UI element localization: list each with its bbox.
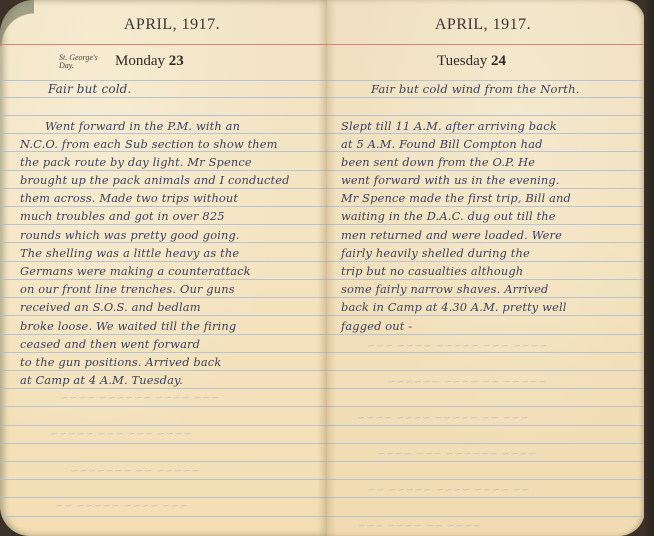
diary-spread: APRIL, 1917. St. George's Day. Monday 23: [0, 0, 654, 536]
entry-line: some fairly narrow shaves. Arrived: [341, 282, 548, 296]
entry-line: trip but no casualties although: [341, 264, 523, 278]
entry-line: on our front line trenches. Our guns: [20, 282, 235, 296]
month-header-left: APRIL, 1917.: [0, 16, 330, 34]
day-name: Monday: [115, 53, 165, 69]
entry-line: them across. Made two trips without: [20, 191, 238, 205]
entry-line: at 5 A.M. Found Bill Compton had: [341, 137, 543, 151]
entry-line: ceased and then went forward: [20, 337, 200, 351]
bleed-through-text: ~~~ ~~~~ ~~~~~ ~~: [55, 500, 188, 512]
left-page: APRIL, 1917. St. George's Day. Monday 23: [0, 0, 330, 536]
entry-line: received an S.O.S. and bedlam: [20, 300, 201, 314]
observance-label: St. George's Day.: [59, 54, 107, 70]
entry-line: Mr Spence made the first trip, Bill and: [341, 191, 571, 205]
entry-line: went forward with us in the evening.: [341, 173, 560, 187]
bleed-through-text: ~~~ ~~ ~~~~~ ~~~~ ~~~~: [357, 412, 529, 424]
entry-line: Germans were making a counterattack: [20, 264, 251, 278]
entry-line: rounds which was pretty good going.: [20, 228, 240, 242]
bleed-through-text: ~~~~~ ~~ ~~~~ ~~~~~~: [387, 376, 547, 388]
bleed-through-text: ~~~~ ~~~ ~~~ ~~~~~: [50, 428, 192, 440]
entry-line: men returned and were loaded. Were: [341, 228, 562, 242]
entry-line: broke loose. We waited till the firing: [20, 319, 236, 333]
day-number: 23: [169, 53, 184, 69]
day-name: Tuesday: [437, 53, 487, 69]
entry-line: Slept till 11 A.M. after arriving back: [341, 119, 557, 133]
book-cover-edge: [644, 0, 654, 536]
entry-line: back in Camp at 4.30 A.M. pretty well: [341, 300, 567, 314]
weather-note-right: Fair but cold wind from the North.: [371, 82, 580, 96]
bleed-through-text: ~~~~ ~~ ~~~~ ~~~: [357, 520, 481, 532]
bleed-through-text: ~~~~~ ~~ ~~~~~~~: [70, 465, 200, 477]
day-number: 24: [491, 53, 506, 69]
bleed-through-text: ~~~~ ~~~~~~ ~~~ ~~~~: [377, 448, 537, 460]
entry-line: fairly heavily shelled during the: [341, 246, 530, 260]
entry-line: waiting in the D.A.C. dug out till the: [341, 209, 556, 223]
weather-note-left: Fair but cold.: [48, 82, 131, 96]
entry-line: the pack route by day light. Mr Spence: [20, 155, 252, 169]
entry-line: brought up the pack animals and I conduc…: [20, 173, 290, 187]
entry-line: been sent down from the O.P. He: [341, 155, 535, 169]
entry-line: N.C.O. from each Sub section to show the…: [20, 137, 278, 151]
entry-line: fagged out -: [341, 319, 412, 333]
bleed-through-text: ~~ ~~~~ ~~~~ ~~~~~ ~~: [367, 484, 530, 496]
bleed-through-text: ~~~ ~~~~ ~~~~~~ ~~~~: [60, 392, 220, 404]
red-header-rule: [327, 44, 645, 45]
entry-line: much troubles and got in over 825: [20, 209, 225, 223]
entry-line: Went forward in the P.M. with an: [45, 119, 240, 133]
day-label-left: Monday 23: [115, 53, 184, 70]
bleed-through-text: ~~~~ ~~~ ~~~~~ ~~~~ ~~~: [367, 340, 548, 352]
red-header-rule: [0, 44, 330, 45]
entry-line: to the gun positions. Arrived back: [20, 355, 221, 369]
right-page: APRIL, 1917. Tuesday 24: [327, 0, 645, 536]
day-label-right: Tuesday 24: [437, 53, 506, 70]
entry-line: The shelling was a little heavy as the: [20, 246, 239, 260]
entry-line: at Camp at 4 A.M. Tuesday.: [20, 373, 183, 387]
month-header-right: APRIL, 1917.: [327, 16, 645, 34]
